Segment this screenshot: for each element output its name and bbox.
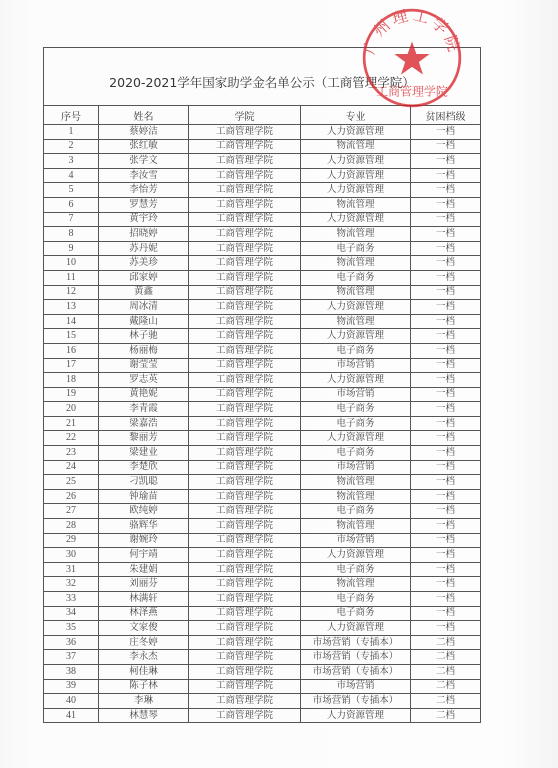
table-row: 34林泽燕工商管理学院电子商务一档 <box>44 606 481 621</box>
college-name: 工商管理学院 <box>189 139 301 154</box>
table-body: 1蔡婷洁工商管理学院人力资源管理一档2张红敏工商管理学院物流管理一档3张学文工商… <box>44 125 481 723</box>
column-header-name: 姓名 <box>99 106 189 125</box>
major-name: 物流管理 <box>301 256 411 271</box>
table-row: 1蔡婷洁工商管理学院人力资源管理一档 <box>44 125 481 140</box>
poverty-level: 一档 <box>411 168 481 183</box>
student-name: 黄艳妮 <box>99 387 189 402</box>
student-name: 林泽燕 <box>99 606 189 621</box>
table-row: 12黄鑫工商管理学院物流管理一档 <box>44 285 481 300</box>
college-name: 工商管理学院 <box>189 664 301 679</box>
student-name: 李怡芳 <box>99 183 189 198</box>
major-name: 物流管理 <box>301 227 411 242</box>
student-name: 张红敏 <box>99 139 189 154</box>
college-name: 工商管理学院 <box>189 708 301 723</box>
table-row: 25刁凯聪工商管理学院物流管理一档 <box>44 475 481 490</box>
table-header-row: 序号 姓名 学院 专业 贫困档级 <box>44 106 481 125</box>
poverty-level: 一档 <box>411 387 481 402</box>
row-number: 29 <box>44 533 99 548</box>
major-name: 物流管理 <box>301 314 411 329</box>
table-row: 14戴隆山工商管理学院物流管理一档 <box>44 314 481 329</box>
student-name: 钟瑜苗 <box>99 489 189 504</box>
row-number: 11 <box>44 270 99 285</box>
poverty-level: 一档 <box>411 183 481 198</box>
major-name: 市场营销（专插本） <box>301 694 411 709</box>
document-title: 2020-2021学年国家助学金名单公示（工商管理学院） <box>44 48 481 106</box>
major-name: 市场营销（专插本） <box>301 635 411 650</box>
major-name: 人力资源管理 <box>301 329 411 344</box>
poverty-level: 一档 <box>411 300 481 315</box>
table-row: 15林子驰工商管理学院人力资源管理一档 <box>44 329 481 344</box>
poverty-level: 一档 <box>411 577 481 592</box>
table-row: 39陈子林工商管理学院市场营销二档 <box>44 679 481 694</box>
row-number: 18 <box>44 373 99 388</box>
table-row: 17谢莹莹工商管理学院市场营销一档 <box>44 358 481 373</box>
table-row: 36庄冬婷工商管理学院市场营销（专插本）二档 <box>44 635 481 650</box>
row-number: 40 <box>44 694 99 709</box>
major-name: 市场营销 <box>301 460 411 475</box>
student-name: 柯佳琳 <box>99 664 189 679</box>
college-name: 工商管理学院 <box>189 197 301 212</box>
college-name: 工商管理学院 <box>189 256 301 271</box>
row-number: 7 <box>44 212 99 227</box>
college-name: 工商管理学院 <box>189 577 301 592</box>
major-name: 人力资源管理 <box>301 431 411 446</box>
college-name: 工商管理学院 <box>189 679 301 694</box>
table-row: 10苏美珍工商管理学院物流管理一档 <box>44 256 481 271</box>
row-number: 38 <box>44 664 99 679</box>
college-name: 工商管理学院 <box>189 519 301 534</box>
major-name: 人力资源管理 <box>301 183 411 198</box>
college-name: 工商管理学院 <box>189 592 301 607</box>
poverty-level: 一档 <box>411 285 481 300</box>
college-name: 工商管理学院 <box>189 635 301 650</box>
student-name: 黄宇玲 <box>99 212 189 227</box>
row-number: 10 <box>44 256 99 271</box>
row-number: 22 <box>44 431 99 446</box>
poverty-level: 二档 <box>411 635 481 650</box>
row-number: 36 <box>44 635 99 650</box>
major-name: 物流管理 <box>301 285 411 300</box>
major-name: 电子商务 <box>301 343 411 358</box>
poverty-level: 一档 <box>411 212 481 227</box>
row-number: 16 <box>44 343 99 358</box>
student-name: 黄鑫 <box>99 285 189 300</box>
major-name: 物流管理 <box>301 519 411 534</box>
major-name: 人力资源管理 <box>301 154 411 169</box>
row-number: 39 <box>44 679 99 694</box>
table-row: 28骆辉华工商管理学院物流管理一档 <box>44 519 481 534</box>
table-row: 22黎丽芳工商管理学院人力资源管理一档 <box>44 431 481 446</box>
college-name: 工商管理学院 <box>189 504 301 519</box>
college-name: 工商管理学院 <box>189 329 301 344</box>
student-name: 何宇靖 <box>99 548 189 563</box>
major-name: 市场营销 <box>301 387 411 402</box>
student-name: 苏丹妮 <box>99 241 189 256</box>
row-number: 17 <box>44 358 99 373</box>
college-name: 工商管理学院 <box>189 402 301 417</box>
poverty-level: 一档 <box>411 197 481 212</box>
college-name: 工商管理学院 <box>189 475 301 490</box>
college-name: 工商管理学院 <box>189 125 301 140</box>
table-row: 19黄艳妮工商管理学院市场营销一档 <box>44 387 481 402</box>
major-name: 电子商务 <box>301 562 411 577</box>
major-name: 物流管理 <box>301 139 411 154</box>
college-name: 工商管理学院 <box>189 300 301 315</box>
major-name: 电子商务 <box>301 416 411 431</box>
poverty-level: 一档 <box>411 460 481 475</box>
table-row: 4李汝雪工商管理学院人力资源管理一档 <box>44 168 481 183</box>
student-name: 罗志英 <box>99 373 189 388</box>
college-name: 工商管理学院 <box>189 285 301 300</box>
poverty-level: 一档 <box>411 256 481 271</box>
major-name: 电子商务 <box>301 606 411 621</box>
table-row: 7黄宇玲工商管理学院人力资源管理一档 <box>44 212 481 227</box>
row-number: 37 <box>44 650 99 665</box>
poverty-level: 一档 <box>411 475 481 490</box>
table-row: 2张红敏工商管理学院物流管理一档 <box>44 139 481 154</box>
row-number: 4 <box>44 168 99 183</box>
poverty-level: 一档 <box>411 314 481 329</box>
table-row: 23梁建业工商管理学院电子商务一档 <box>44 446 481 461</box>
table-row: 6罗慧芳工商管理学院物流管理一档 <box>44 197 481 212</box>
table-row: 35文家俊工商管理学院人力资源管理一档 <box>44 621 481 636</box>
student-name: 戴隆山 <box>99 314 189 329</box>
row-number: 6 <box>44 197 99 212</box>
major-name: 市场营销 <box>301 533 411 548</box>
college-name: 工商管理学院 <box>189 489 301 504</box>
row-number: 26 <box>44 489 99 504</box>
poverty-level: 二档 <box>411 650 481 665</box>
table-row: 26钟瑜苗工商管理学院物流管理一档 <box>44 489 481 504</box>
student-name: 周冰清 <box>99 300 189 315</box>
student-name: 苏美珍 <box>99 256 189 271</box>
student-name: 刘丽芬 <box>99 577 189 592</box>
college-name: 工商管理学院 <box>189 183 301 198</box>
column-header-major: 专业 <box>301 106 411 125</box>
row-number: 32 <box>44 577 99 592</box>
major-name: 物流管理 <box>301 197 411 212</box>
student-name: 林子驰 <box>99 329 189 344</box>
column-header-level: 贫困档级 <box>411 106 481 125</box>
college-name: 工商管理学院 <box>189 314 301 329</box>
row-number: 19 <box>44 387 99 402</box>
poverty-level: 一档 <box>411 241 481 256</box>
poverty-level: 一档 <box>411 402 481 417</box>
poverty-level: 一档 <box>411 621 481 636</box>
table-row: 16杨丽梅工商管理学院电子商务一档 <box>44 343 481 358</box>
student-name: 梁建业 <box>99 446 189 461</box>
poverty-level: 一档 <box>411 504 481 519</box>
poverty-level: 一档 <box>411 227 481 242</box>
poverty-level: 一档 <box>411 562 481 577</box>
college-name: 工商管理学院 <box>189 168 301 183</box>
college-name: 工商管理学院 <box>189 694 301 709</box>
college-name: 工商管理学院 <box>189 343 301 358</box>
college-name: 工商管理学院 <box>189 650 301 665</box>
poverty-level: 一档 <box>411 270 481 285</box>
row-number: 3 <box>44 154 99 169</box>
major-name: 人力资源管理 <box>301 621 411 636</box>
poverty-level: 一档 <box>411 416 481 431</box>
college-name: 工商管理学院 <box>189 387 301 402</box>
student-name: 骆辉华 <box>99 519 189 534</box>
major-name: 电子商务 <box>301 270 411 285</box>
table-row: 11邱家婷工商管理学院电子商务一档 <box>44 270 481 285</box>
college-name: 工商管理学院 <box>189 431 301 446</box>
student-name: 陈子林 <box>99 679 189 694</box>
poverty-level: 一档 <box>411 606 481 621</box>
major-name: 人力资源管理 <box>301 168 411 183</box>
row-number: 1 <box>44 125 99 140</box>
table-row: 27欧纯婷工商管理学院电子商务一档 <box>44 504 481 519</box>
poverty-level: 一档 <box>411 125 481 140</box>
major-name: 市场营销（专插本） <box>301 650 411 665</box>
poverty-level: 一档 <box>411 519 481 534</box>
poverty-level: 二档 <box>411 708 481 723</box>
row-number: 35 <box>44 621 99 636</box>
table-row: 40李琳工商管理学院市场营销（专插本）二档 <box>44 694 481 709</box>
row-number: 14 <box>44 314 99 329</box>
major-name: 物流管理 <box>301 489 411 504</box>
college-name: 工商管理学院 <box>189 212 301 227</box>
row-number: 15 <box>44 329 99 344</box>
row-number: 28 <box>44 519 99 534</box>
student-name: 杨丽梅 <box>99 343 189 358</box>
major-name: 人力资源管理 <box>301 125 411 140</box>
student-name: 黎丽芳 <box>99 431 189 446</box>
scanned-page: 2020-2021学年国家助学金名单公示（工商管理学院） 序号 姓名 学院 专业… <box>0 0 558 768</box>
student-name: 李青霞 <box>99 402 189 417</box>
major-name: 物流管理 <box>301 577 411 592</box>
grant-list-table: 2020-2021学年国家助学金名单公示（工商管理学院） 序号 姓名 学院 专业… <box>43 47 481 723</box>
poverty-level: 二档 <box>411 694 481 709</box>
poverty-level: 一档 <box>411 431 481 446</box>
college-name: 工商管理学院 <box>189 270 301 285</box>
table-row: 33林满轩工商管理学院电子商务一档 <box>44 592 481 607</box>
major-name: 电子商务 <box>301 592 411 607</box>
major-name: 电子商务 <box>301 241 411 256</box>
row-number: 12 <box>44 285 99 300</box>
student-name: 李楚欣 <box>99 460 189 475</box>
college-name: 工商管理学院 <box>189 227 301 242</box>
poverty-level: 一档 <box>411 489 481 504</box>
major-name: 人力资源管理 <box>301 548 411 563</box>
student-name: 李琳 <box>99 694 189 709</box>
student-name: 罗慧芳 <box>99 197 189 212</box>
student-name: 张学文 <box>99 154 189 169</box>
table-row: 21梁嘉浩工商管理学院电子商务一档 <box>44 416 481 431</box>
poverty-level: 一档 <box>411 154 481 169</box>
poverty-level: 二档 <box>411 664 481 679</box>
row-number: 23 <box>44 446 99 461</box>
student-name: 林满轩 <box>99 592 189 607</box>
major-name: 电子商务 <box>301 402 411 417</box>
table-row: 9苏丹妮工商管理学院电子商务一档 <box>44 241 481 256</box>
student-name: 招晓婷 <box>99 227 189 242</box>
row-number: 27 <box>44 504 99 519</box>
student-name: 刁凯聪 <box>99 475 189 490</box>
table-row: 30何宇靖工商管理学院人力资源管理一档 <box>44 548 481 563</box>
table-row: 5李怡芳工商管理学院人力资源管理一档 <box>44 183 481 198</box>
student-name: 谢莹莹 <box>99 358 189 373</box>
row-number: 33 <box>44 592 99 607</box>
table-row: 29谢婉玲工商管理学院市场营销一档 <box>44 533 481 548</box>
student-name: 欧纯婷 <box>99 504 189 519</box>
poverty-level: 一档 <box>411 592 481 607</box>
poverty-level: 一档 <box>411 329 481 344</box>
college-name: 工商管理学院 <box>189 416 301 431</box>
table-row: 24李楚欣工商管理学院市场营销一档 <box>44 460 481 475</box>
student-name: 李汝雪 <box>99 168 189 183</box>
table-row: 8招晓婷工商管理学院物流管理一档 <box>44 227 481 242</box>
table-row: 37李永杰工商管理学院市场营销（专插本）二档 <box>44 650 481 665</box>
student-name: 蔡婷洁 <box>99 125 189 140</box>
row-number: 21 <box>44 416 99 431</box>
table-row: 13周冰清工商管理学院人力资源管理一档 <box>44 300 481 315</box>
row-number: 5 <box>44 183 99 198</box>
row-number: 8 <box>44 227 99 242</box>
student-name: 朱建娟 <box>99 562 189 577</box>
major-name: 电子商务 <box>301 504 411 519</box>
poverty-level: 一档 <box>411 548 481 563</box>
table-row: 38柯佳琳工商管理学院市场营销（专插本）二档 <box>44 664 481 679</box>
major-name: 市场营销 <box>301 358 411 373</box>
row-number: 31 <box>44 562 99 577</box>
poverty-level: 一档 <box>411 139 481 154</box>
table-row: 41林慧琴工商管理学院人力资源管理二档 <box>44 708 481 723</box>
table-row: 32刘丽芬工商管理学院物流管理一档 <box>44 577 481 592</box>
major-name: 物流管理 <box>301 475 411 490</box>
poverty-level: 一档 <box>411 343 481 358</box>
college-name: 工商管理学院 <box>189 373 301 388</box>
table-row: 3张学文工商管理学院人力资源管理一档 <box>44 154 481 169</box>
major-name: 市场营销 <box>301 679 411 694</box>
student-name: 邱家婷 <box>99 270 189 285</box>
college-name: 工商管理学院 <box>189 621 301 636</box>
student-name: 林慧琴 <box>99 708 189 723</box>
student-name: 文家俊 <box>99 621 189 636</box>
college-name: 工商管理学院 <box>189 358 301 373</box>
student-name: 梁嘉浩 <box>99 416 189 431</box>
row-number: 20 <box>44 402 99 417</box>
college-name: 工商管理学院 <box>189 446 301 461</box>
row-number: 9 <box>44 241 99 256</box>
table-row: 31朱建娟工商管理学院电子商务一档 <box>44 562 481 577</box>
college-name: 工商管理学院 <box>189 154 301 169</box>
college-name: 工商管理学院 <box>189 241 301 256</box>
table-row: 18罗志英工商管理学院人力资源管理一档 <box>44 373 481 388</box>
row-number: 24 <box>44 460 99 475</box>
major-name: 电子商务 <box>301 446 411 461</box>
student-name: 谢婉玲 <box>99 533 189 548</box>
poverty-level: 二档 <box>411 679 481 694</box>
column-header-no: 序号 <box>44 106 99 125</box>
student-name: 庄冬婷 <box>99 635 189 650</box>
row-number: 34 <box>44 606 99 621</box>
student-name: 李永杰 <box>99 650 189 665</box>
major-name: 人力资源管理 <box>301 300 411 315</box>
row-number: 2 <box>44 139 99 154</box>
row-number: 13 <box>44 300 99 315</box>
poverty-level: 一档 <box>411 373 481 388</box>
table-row: 20李青霞工商管理学院电子商务一档 <box>44 402 481 417</box>
major-name: 人力资源管理 <box>301 373 411 388</box>
major-name: 人力资源管理 <box>301 708 411 723</box>
row-number: 41 <box>44 708 99 723</box>
major-name: 市场营销（专插本） <box>301 664 411 679</box>
row-number: 25 <box>44 475 99 490</box>
college-name: 工商管理学院 <box>189 533 301 548</box>
college-name: 工商管理学院 <box>189 460 301 475</box>
poverty-level: 一档 <box>411 358 481 373</box>
major-name: 人力资源管理 <box>301 212 411 227</box>
college-name: 工商管理学院 <box>189 606 301 621</box>
column-header-college: 学院 <box>189 106 301 125</box>
college-name: 工商管理学院 <box>189 562 301 577</box>
college-name: 工商管理学院 <box>189 548 301 563</box>
poverty-level: 一档 <box>411 533 481 548</box>
poverty-level: 一档 <box>411 446 481 461</box>
row-number: 30 <box>44 548 99 563</box>
